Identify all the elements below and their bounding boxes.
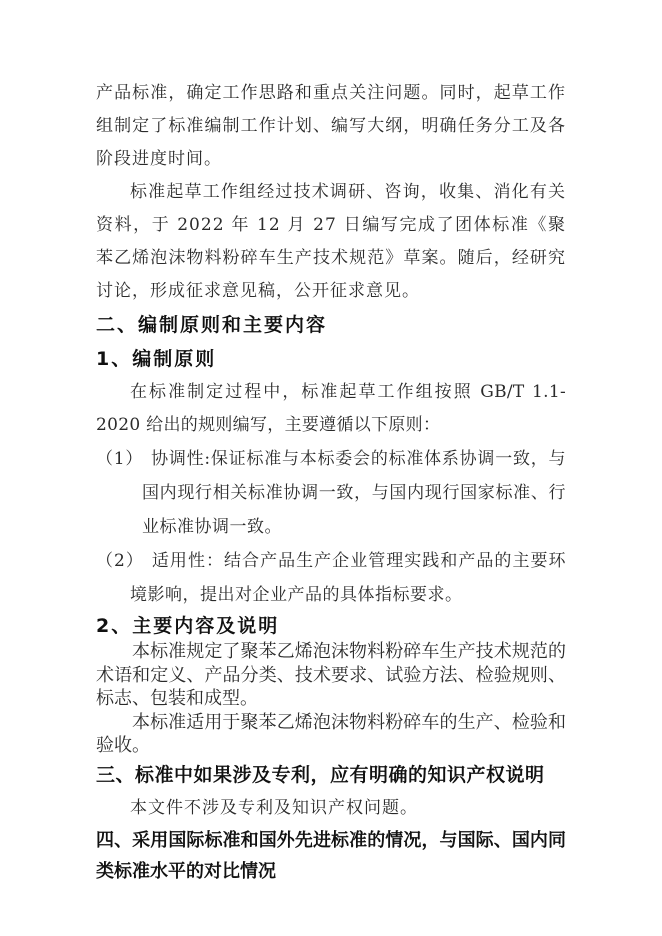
list-item-coordination: （1）协调性:保证标准与本标委会的标准体系协调一致，与国内现行相关标准协调一致，… (96, 442, 566, 544)
heading-2-2-main-content: 2、主要内容及说明 (96, 612, 566, 640)
list-item-marker: （1） (96, 449, 143, 469)
heading-2-1-compilation-principles: 1、编制原则 (96, 342, 566, 376)
paragraph-draft-process: 标准起草工作组经过技术调研、咨询，收集、消化有关资料，于 2022 年 12 月… (96, 176, 566, 308)
heading-section-2-principles-and-content: 二、编制原则和主要内容 (96, 308, 566, 342)
document-page: 产品标准，确定工作思路和重点关注问题。同时，起草工作组制定了标准编制工作计划、编… (0, 0, 662, 936)
paragraph-scope-applies: 本标准适用于聚苯乙烯泡沫物料粉碎车的生产、检验和验收。 (96, 711, 566, 758)
list-item-text: 适用性：结合产品生产企业管理实践和产品的主要环境影响，提出对企业产品的具体指标要… (130, 551, 566, 605)
list-item-text: 协调性:保证标准与本标委会的标准体系协调一致，与国内现行相关标准协调一致，与国内… (142, 449, 566, 537)
paragraph-patent-statement: 本文件不涉及专利及知识产权问题。 (96, 792, 566, 825)
paragraph-drafting-rules: 在标准制定过程中，标准起草工作组按照 GB/T 1.1-2020 给出的规则编写… (96, 376, 566, 442)
list-item-marker: （2） (96, 551, 144, 571)
heading-section-3-patent-ip-statement: 三、标准中如果涉及专利，应有明确的知识产权说明 (96, 758, 566, 792)
paragraph-scope-defines: 本标准规定了聚苯乙烯泡沫物料粉碎车生产技术规范的术语和定义、产品分类、技术要求、… (96, 640, 566, 711)
list-item-applicability: （2）适用性：结合产品生产企业管理实践和产品的主要环境影响，提出对企业产品的具体… (96, 544, 566, 612)
paragraph-work-plan: 产品标准，确定工作思路和重点关注问题。同时，起草工作组制定了标准编制工作计划、编… (96, 77, 566, 176)
heading-section-4-international-comparison: 四、采用国际标准和国外先进标准的情况，与国际、国内同类标准水平的对比情况 (96, 825, 566, 887)
